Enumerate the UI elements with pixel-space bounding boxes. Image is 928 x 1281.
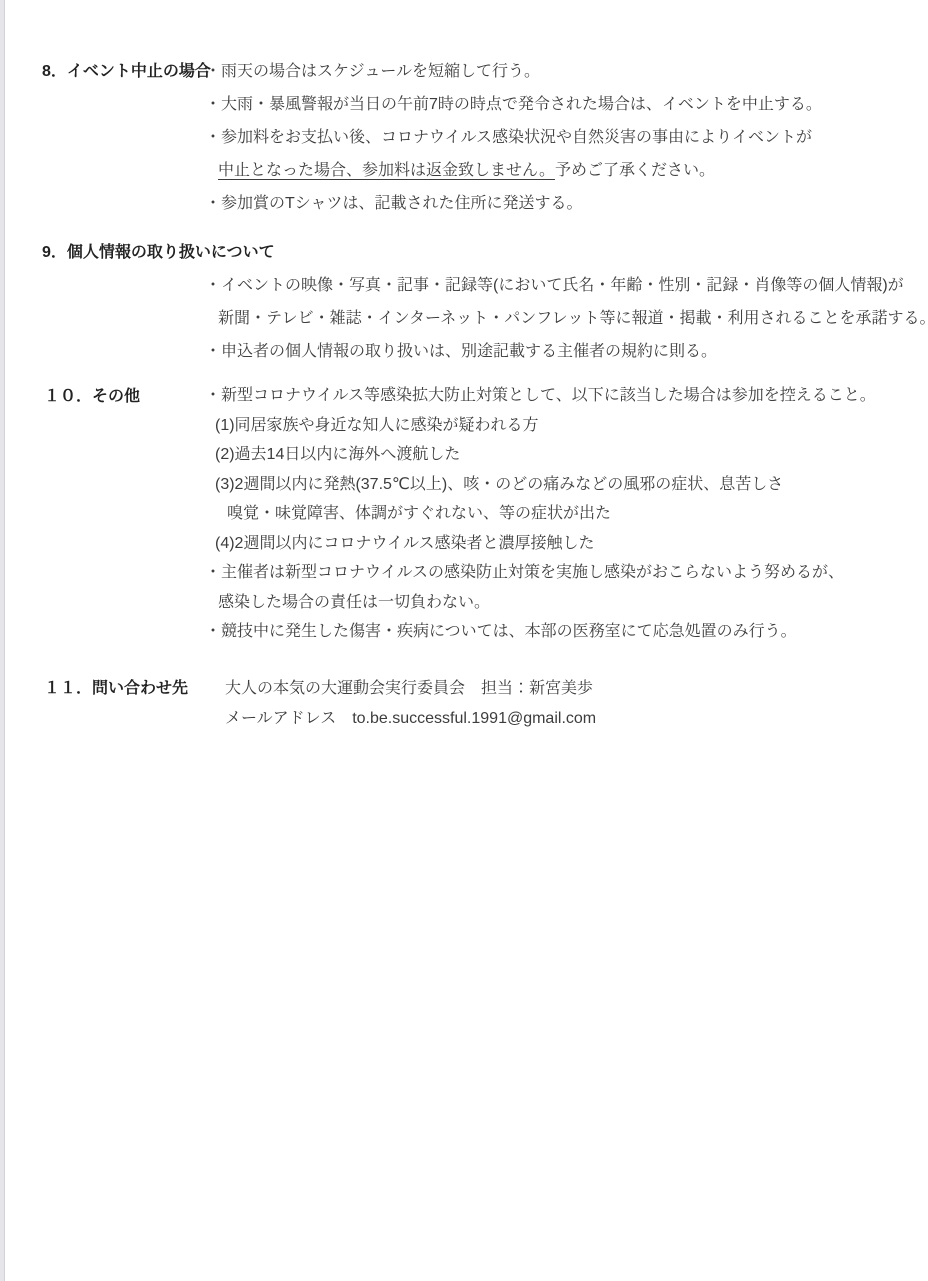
condition-item-3-continuation: 嗅覚・味覚障害、体調がすぐれない、等の症状が出た (205, 499, 876, 529)
condition-item-1: (1)同居家族や身近な知人に感染が疑われる方 (205, 411, 876, 441)
rule-line: ・雨天の場合はスケジュールを短縮して行う。 (205, 55, 822, 88)
section-9-personal-info-heading: 9．個人情報の取り扱いについて (42, 236, 275, 269)
contact-organizer-line: 大人の本気の大運動会実行委員会 担当：新宮美歩 (225, 674, 596, 704)
condition-item-3: (3)2週間以内に発熱(37.5℃以上)、咳・のどの痛みなどの風邪の症状、息苦し… (205, 470, 876, 500)
section-10-other-heading: １０．その他 (44, 380, 140, 413)
no-refund-underlined-text: 中止となった場合、参加料は返金致しません。 (218, 162, 555, 179)
condition-item-4: (4)2週間以内にコロナウイルス感染者と濃厚接触した (205, 529, 876, 559)
rule-line: ・参加料をお支払い後、コロナウイルス感染状況や自然災害の事由によりイベントが (205, 121, 822, 154)
section-8-body: ・雨天の場合はスケジュールを短縮して行う。 ・大雨・暴風警報が当日の午前7時の時… (205, 55, 822, 220)
rule-line: ・参加賞のTシャツは、記載された住所に発送する。 (205, 187, 822, 220)
document-page: { "colors": { "background": "#ffffff", "… (0, 0, 928, 1281)
section-8-event-cancellation-heading: 8．イベント中止の場合 (42, 55, 211, 88)
page-edge-strip (0, 0, 5, 1281)
rule-line: ・新型コロナウイルス等感染拡大防止対策として、以下に該当した場合は参加を控えるこ… (205, 381, 876, 411)
condition-item-2: (2)過去14日以内に海外へ渡航した (205, 440, 876, 470)
rule-line: ・イベントの映像・写真・記事・記録等(において氏名・年齢・性別・記録・肖像等の個… (205, 269, 928, 302)
contact-email-line: メールアドレス to.be.successful.1991@gmail.com (225, 704, 596, 734)
rule-line: ・申込者の個人情報の取り扱いは、別途記載する主催者の規約に則る。 (205, 335, 928, 368)
section-11-contact-heading: １１．問い合わせ先 (44, 672, 188, 705)
section-11-body: 大人の本気の大運動会実行委員会 担当：新宮美歩 メールアドレス to.be.su… (225, 674, 596, 734)
section-9-body: ・イベントの映像・写真・記事・記録等(において氏名・年齢・性別・記録・肖像等の個… (205, 269, 928, 368)
rule-line: ・大雨・暴風警報が当日の午前7時の時点で発令された場合は、イベントを中止する。 (205, 88, 822, 121)
no-refund-rest-text: 予めご了承ください。 (555, 162, 715, 179)
section-10-body: ・新型コロナウイルス等感染拡大防止対策として、以下に該当した場合は参加を控えるこ… (205, 381, 876, 647)
rule-line-continuation: 新聞・テレビ・雑誌・インターネット・パンフレット等に報道・掲載・利用されることを… (205, 302, 928, 335)
rule-line-continuation: 中止となった場合、参加料は返金致しません。予めご了承ください。 (205, 154, 822, 187)
rule-line-continuation: 感染した場合の責任は一切負わない。 (205, 588, 876, 618)
rule-line: ・主催者は新型コロナウイルスの感染防止対策を実施し感染がおこらないよう努めるが、 (205, 558, 876, 588)
rule-line: ・競技中に発生した傷害・疾病については、本部の医務室にて応急処置のみ行う。 (205, 617, 876, 647)
